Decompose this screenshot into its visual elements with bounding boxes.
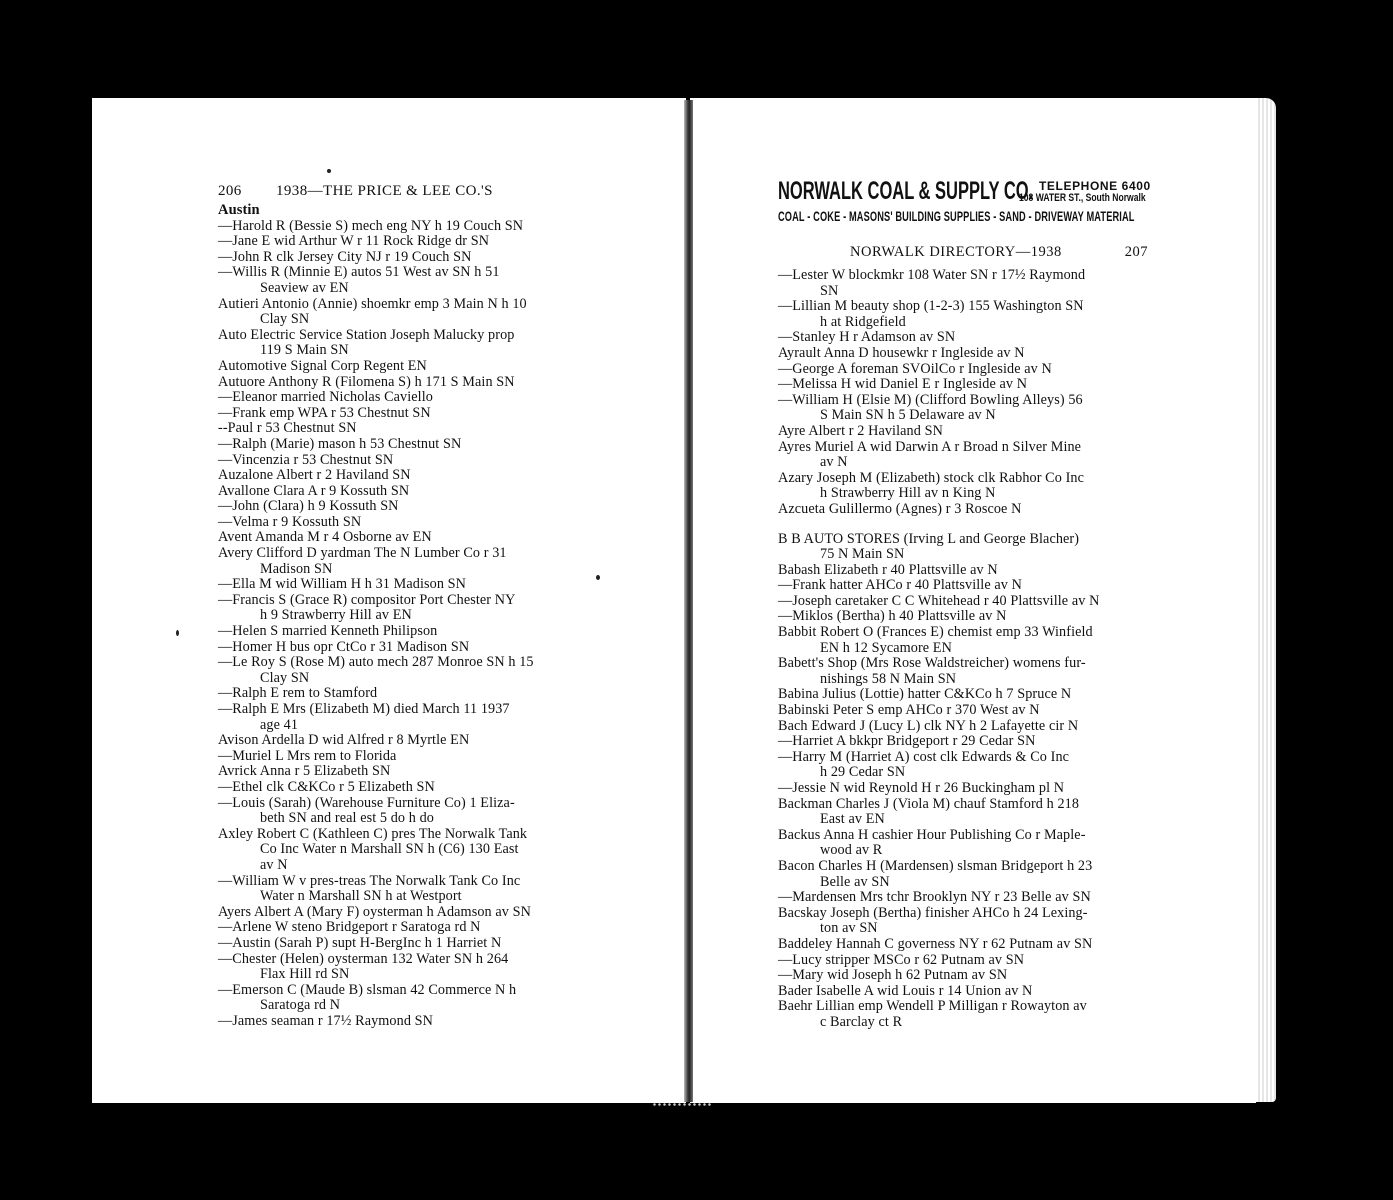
directory-entry: Avrick Anna r 5 Elizabeth SN <box>218 764 592 780</box>
entry-line: —Helen S married Kenneth Philipson <box>218 624 592 640</box>
directory-entry: Autuore Anthony R (Filomena S) h 171 S M… <box>218 375 592 391</box>
directory-entry: —Ethel clk C&KCo r 5 Elizabeth SN <box>218 780 592 796</box>
letter-section-gap <box>778 518 1148 532</box>
directory-entry: Ayre Albert r 2 Haviland SN <box>778 424 1148 440</box>
entry-line: —Willis R (Minnie E) autos 51 West av SN… <box>218 265 592 281</box>
directory-entry: Bacskay Joseph (Bertha) finisher AHCo h … <box>778 906 1148 937</box>
entry-line: —Ethel clk C&KCo r 5 Elizabeth SN <box>218 780 592 796</box>
directory-entry: —Austin (Sarah P) supt H-BergInc h 1 Har… <box>218 936 592 952</box>
entry-line: B B AUTO STORES (Irving L and George Bla… <box>778 532 1148 548</box>
directory-entry: Autieri Antonio (Annie) shoemkr emp 3 Ma… <box>218 297 592 328</box>
directory-entry: Ayres Muriel A wid Darwin A r Broad n Si… <box>778 440 1148 471</box>
entry-continuation-line: h at Ridgefield <box>778 315 1148 331</box>
entry-line: —Lillian M beauty shop (1-2-3) 155 Washi… <box>778 299 1148 315</box>
entry-continuation-line: av N <box>218 858 592 874</box>
entry-line: Ayres Muriel A wid Darwin A r Broad n Si… <box>778 440 1148 456</box>
running-head-title: NORWALK DIRECTORY—1938 <box>850 244 1062 261</box>
directory-entry: Azcueta Gulillermo (Agnes) r 3 Roscoe N <box>778 502 1148 518</box>
directory-entry: —Stanley H r Adamson av SN <box>778 330 1148 346</box>
section-heading: Austin <box>218 202 592 219</box>
entry-line: Avent Amanda M r 4 Osborne av EN <box>218 530 592 546</box>
entry-line: Bader Isabelle A wid Louis r 14 Union av… <box>778 984 1148 1000</box>
directory-entry: —Lillian M beauty shop (1-2-3) 155 Washi… <box>778 299 1148 330</box>
directory-entry: Bacon Charles H (Mardensen) slsman Bridg… <box>778 859 1148 890</box>
directory-entry: —Harold R (Bessie S) mech eng NY h 19 Co… <box>218 219 592 235</box>
directory-entry: —Frank emp WPA r 53 Chestnut SN <box>218 406 592 422</box>
entry-line: Avery Clifford D yardman The N Lumber Co… <box>218 546 592 562</box>
entry-line: Babett's Shop (Mrs Rose Waldstreicher) w… <box>778 656 1148 672</box>
directory-entry: —Joseph caretaker C C Whitehead r 40 Pla… <box>778 594 1148 610</box>
directory-entry: —Miklos (Bertha) h 40 Plattsville av N <box>778 609 1148 625</box>
entry-continuation-line: ton av SN <box>778 921 1148 937</box>
entry-line: —Arlene W steno Bridgeport r Saratoga rd… <box>218 920 592 936</box>
directory-entry: —Melissa H wid Daniel E r Ingleside av N <box>778 377 1148 393</box>
entry-line: —Francis S (Grace R) compositor Port Che… <box>218 593 592 609</box>
directory-entry: —Emerson C (Maude B) slsman 42 Commerce … <box>218 983 592 1014</box>
entry-continuation-line: EN h 12 Sycamore EN <box>778 641 1148 657</box>
directory-entry: Auto Electric Service Station Joseph Mal… <box>218 328 592 359</box>
directory-entry: Babina Julius (Lottie) hatter C&KCo h 7 … <box>778 687 1148 703</box>
directory-entry: —James seaman r 17½ Raymond SN <box>218 1014 592 1030</box>
entry-line: —James seaman r 17½ Raymond SN <box>218 1014 592 1030</box>
directory-entry: Bader Isabelle A wid Louis r 14 Union av… <box>778 984 1148 1000</box>
page-number: 206 <box>218 184 276 200</box>
entry-continuation-line: h 29 Cedar SN <box>778 765 1148 781</box>
directory-entry: Avent Amanda M r 4 Osborne av EN <box>218 530 592 546</box>
entry-line: Avrick Anna r 5 Elizabeth SN <box>218 764 592 780</box>
directory-entry: Backus Anna H cashier Hour Publishing Co… <box>778 828 1148 859</box>
directory-entry: Babash Elizabeth r 40 Plattsville av N <box>778 563 1148 579</box>
directory-entry: Ayrault Anna D housewkr r Ingleside av N <box>778 346 1148 362</box>
entry-continuation-line: Flax Hill rd SN <box>218 967 592 983</box>
entry-line: —Ralph E rem to Stamford <box>218 686 592 702</box>
directory-entry: Baddeley Hannah C governess NY r 62 Putn… <box>778 937 1148 953</box>
entry-line: —Ella M wid William H h 31 Madison SN <box>218 577 592 593</box>
entry-continuation-line: East av EN <box>778 812 1148 828</box>
directory-entry: Auzalone Albert r 2 Haviland SN <box>218 468 592 484</box>
page-number: 207 <box>1125 244 1148 261</box>
entry-line: —John R clk Jersey City NJ r 19 Couch SN <box>218 250 592 266</box>
entry-line: --Paul r 53 Chestnut SN <box>218 421 592 437</box>
entry-line: —Lester W blockmkr 108 Water SN r 17½ Ra… <box>778 268 1148 284</box>
entry-line: —Louis (Sarah) (Warehouse Furniture Co) … <box>218 796 592 812</box>
entry-line: Ayre Albert r 2 Haviland SN <box>778 424 1148 440</box>
ad-contact: TELEPHONE 6400 108 WATER ST., South Norw… <box>1019 180 1181 204</box>
entry-continuation-line: c Barclay ct R <box>778 1015 1148 1031</box>
entry-continuation-line: av N <box>778 455 1148 471</box>
entry-line: Automotive Signal Corp Regent EN <box>218 359 592 375</box>
entry-line: Ayrault Anna D housewkr r Ingleside av N <box>778 346 1148 362</box>
entry-line: —William H (Elsie M) (Clifford Bowling A… <box>778 393 1148 409</box>
entry-line: Avallone Clara A r 9 Kossuth SN <box>218 484 592 500</box>
directory-entry: —Helen S married Kenneth Philipson <box>218 624 592 640</box>
directory-entry: —John (Clara) h 9 Kossuth SN <box>218 499 592 515</box>
entry-continuation-line: SN <box>778 284 1148 300</box>
directory-entry: Bach Edward J (Lucy L) clk NY h 2 Lafaye… <box>778 719 1148 735</box>
binding-stitching <box>652 1102 712 1107</box>
left-running-head: 206 1938—THE PRICE & LEE CO.'S <box>218 184 518 200</box>
directory-entry: —Harry M (Harriet A) cost clk Edwards & … <box>778 750 1148 781</box>
speck <box>327 169 331 173</box>
entry-line: —Frank emp WPA r 53 Chestnut SN <box>218 406 592 422</box>
directory-entry: —Eleanor married Nicholas Caviello <box>218 390 592 406</box>
entry-continuation-line: S Main SN h 5 Delaware av N <box>778 408 1148 424</box>
directory-entry: Avallone Clara A r 9 Kossuth SN <box>218 484 592 500</box>
directory-entry: Baehr Lillian emp Wendell P Milligan r R… <box>778 999 1148 1030</box>
speck <box>176 630 179 636</box>
directory-entries: —Harold R (Bessie S) mech eng NY h 19 Co… <box>218 219 592 1030</box>
entry-continuation-line: h 9 Strawberry Hill av EN <box>218 608 592 624</box>
directory-entry: —Muriel L Mrs rem to Florida <box>218 749 592 765</box>
directory-entry: —George A foreman SVOilCo r Ingleside av… <box>778 362 1148 378</box>
directory-entry: Ayers Albert A (Mary F) oysterman h Adam… <box>218 905 592 921</box>
entry-continuation-line: h Strawberry Hill av n King N <box>778 486 1148 502</box>
directory-entry: Babett's Shop (Mrs Rose Waldstreicher) w… <box>778 656 1148 687</box>
entry-line: —Emerson C (Maude B) slsman 42 Commerce … <box>218 983 592 999</box>
entry-line: —Austin (Sarah P) supt H-BergInc h 1 Har… <box>218 936 592 952</box>
entry-line: Babinski Peter S emp AHCo r 370 West av … <box>778 703 1148 719</box>
ad-company-name: NORWALK COAL & SUPPLY CO. <box>778 178 940 204</box>
directory-entry: —Ralph (Marie) mason h 53 Chestnut SN <box>218 437 592 453</box>
entry-line: Bacskay Joseph (Bertha) finisher AHCo h … <box>778 906 1148 922</box>
entry-line: —Harriet A bkkpr Bridgeport r 29 Cedar S… <box>778 734 1148 750</box>
entry-continuation-line: Saratoga rd N <box>218 998 592 1014</box>
left-page-column: 206 1938—THE PRICE & LEE CO.'S Austin —H… <box>218 184 592 1029</box>
entry-line: —Ralph E Mrs (Elizabeth M) died March 11… <box>218 702 592 718</box>
directory-entries: B B AUTO STORES (Irving L and George Bla… <box>778 532 1148 1031</box>
entry-line: —Stanley H r Adamson av SN <box>778 330 1148 346</box>
entry-line: Baehr Lillian emp Wendell P Milligan r R… <box>778 999 1148 1015</box>
entry-line: —Harry M (Harriet A) cost clk Edwards & … <box>778 750 1148 766</box>
entry-line: —George A foreman SVOilCo r Ingleside av… <box>778 362 1148 378</box>
entry-line: —Jessie N wid Reynold H r 26 Buckingham … <box>778 781 1148 797</box>
directory-entry: —John R clk Jersey City NJ r 19 Couch SN <box>218 250 592 266</box>
directory-entry: —Mary wid Joseph h 62 Putnam av SN <box>778 968 1148 984</box>
entry-line: Ayers Albert A (Mary F) oysterman h Adam… <box>218 905 592 921</box>
directory-entry: —Harriet A bkkpr Bridgeport r 29 Cedar S… <box>778 734 1148 750</box>
entry-line: Auto Electric Service Station Joseph Mal… <box>218 328 592 344</box>
directory-entry: Backman Charles J (Viola M) chauf Stamfo… <box>778 797 1148 828</box>
entry-line: —Frank hatter AHCo r 40 Plattsville av N <box>778 578 1148 594</box>
directory-entry: --Paul r 53 Chestnut SN <box>218 421 592 437</box>
directory-entry: Babinski Peter S emp AHCo r 370 West av … <box>778 703 1148 719</box>
entry-line: —Mary wid Joseph h 62 Putnam av SN <box>778 968 1148 984</box>
entry-line: —Le Roy S (Rose M) auto mech 287 Monroe … <box>218 655 592 671</box>
directory-entry: —Ralph E rem to Stamford <box>218 686 592 702</box>
entry-line: Bach Edward J (Lucy L) clk NY h 2 Lafaye… <box>778 719 1148 735</box>
entry-continuation-line: age 41 <box>218 718 592 734</box>
entry-continuation-line: wood av R <box>778 843 1148 859</box>
entry-line: Baddeley Hannah C governess NY r 62 Putn… <box>778 937 1148 953</box>
entry-line: —William W v pres-treas The Norwalk Tank… <box>218 874 592 890</box>
entry-line: Auzalone Albert r 2 Haviland SN <box>218 468 592 484</box>
entry-line: Bacon Charles H (Mardensen) slsman Bridg… <box>778 859 1148 875</box>
entry-continuation-line: Clay SN <box>218 671 592 687</box>
directory-entry: —Ella M wid William H h 31 Madison SN <box>218 577 592 593</box>
directory-entry: Automotive Signal Corp Regent EN <box>218 359 592 375</box>
directory-entry: —Francis S (Grace R) compositor Port Che… <box>218 593 592 624</box>
ad-telephone: TELEPHONE 6400 <box>1019 180 1181 192</box>
entry-line: Backman Charles J (Viola M) chauf Stamfo… <box>778 797 1148 813</box>
directory-entries: —Lester W blockmkr 108 Water SN r 17½ Ra… <box>778 268 1148 518</box>
entry-continuation-line: Belle av SN <box>778 875 1148 891</box>
directory-entry: —William W v pres-treas The Norwalk Tank… <box>218 874 592 905</box>
entry-line: —Harold R (Bessie S) mech eng NY h 19 Co… <box>218 219 592 235</box>
speck <box>596 575 600 580</box>
right-page-column: —Lester W blockmkr 108 Water SN r 17½ Ra… <box>778 268 1148 1031</box>
ad-tagline: COAL - COKE - MASONS' BUILDING SUPPLIES … <box>778 208 1024 224</box>
entry-continuation-line: Co Inc Water n Marshall SN h (C6) 130 Ea… <box>218 842 592 858</box>
directory-entry: Avery Clifford D yardman The N Lumber Co… <box>218 546 592 577</box>
entry-line: —Eleanor married Nicholas Caviello <box>218 390 592 406</box>
entry-continuation-line: 75 N Main SN <box>778 547 1148 563</box>
directory-entry: Avison Ardella D wid Alfred r 8 Myrtle E… <box>218 733 592 749</box>
directory-entry: —Homer H bus opr CtCo r 31 Madison SN <box>218 640 592 656</box>
right-running-head: NORWALK DIRECTORY—1938 207 <box>850 244 1148 261</box>
entry-continuation-line: Madison SN <box>218 562 592 578</box>
entry-line: —Ralph (Marie) mason h 53 Chestnut SN <box>218 437 592 453</box>
directory-entry: —Le Roy S (Rose M) auto mech 287 Monroe … <box>218 655 592 686</box>
entry-line: Autuore Anthony R (Filomena S) h 171 S M… <box>218 375 592 391</box>
entry-line: Axley Robert C (Kathleen C) pres The Nor… <box>218 827 592 843</box>
entry-continuation-line: 119 S Main SN <box>218 343 592 359</box>
entry-line: —Jane E wid Arthur W r 11 Rock Ridge dr … <box>218 234 592 250</box>
book-spine <box>684 100 693 1102</box>
running-head-title: 1938—THE PRICE & LEE CO.'S <box>276 184 518 200</box>
entry-line: Babina Julius (Lottie) hatter C&KCo h 7 … <box>778 687 1148 703</box>
entry-line: Autieri Antonio (Annie) shoemkr emp 3 Ma… <box>218 297 592 313</box>
directory-entry: B B AUTO STORES (Irving L and George Bla… <box>778 532 1148 563</box>
entry-line: —Chester (Helen) oysterman 132 Water SN … <box>218 952 592 968</box>
directory-entry: —Arlene W steno Bridgeport r Saratoga rd… <box>218 920 592 936</box>
directory-entry: Babbit Robert O (Frances E) chemist emp … <box>778 625 1148 656</box>
entry-line: —Joseph caretaker C C Whitehead r 40 Pla… <box>778 594 1148 610</box>
directory-entry: —Lester W blockmkr 108 Water SN r 17½ Ra… <box>778 268 1148 299</box>
directory-entry: —Vincenzia r 53 Chestnut SN <box>218 453 592 469</box>
directory-entry: —Chester (Helen) oysterman 132 Water SN … <box>218 952 592 983</box>
directory-entry: —Lucy stripper MSCo r 62 Putnam av SN <box>778 953 1148 969</box>
directory-entry: —Jessie N wid Reynold H r 26 Buckingham … <box>778 781 1148 797</box>
entry-continuation-line: Clay SN <box>218 312 592 328</box>
entry-line: —Homer H bus opr CtCo r 31 Madison SN <box>218 640 592 656</box>
directory-entry: —Louis (Sarah) (Warehouse Furniture Co) … <box>218 796 592 827</box>
entry-continuation-line: Seaview av EN <box>218 281 592 297</box>
directory-entry: —Willis R (Minnie E) autos 51 West av SN… <box>218 265 592 296</box>
entry-line: —Muriel L Mrs rem to Florida <box>218 749 592 765</box>
entry-line: Babash Elizabeth r 40 Plattsville av N <box>778 563 1148 579</box>
directory-entry: —William H (Elsie M) (Clifford Bowling A… <box>778 393 1148 424</box>
entry-line: Avison Ardella D wid Alfred r 8 Myrtle E… <box>218 733 592 749</box>
directory-entry: —Jane E wid Arthur W r 11 Rock Ridge dr … <box>218 234 592 250</box>
entry-line: —Vincenzia r 53 Chestnut SN <box>218 453 592 469</box>
entry-continuation-line: beth SN and real est 5 do h do <box>218 811 592 827</box>
advertisement-banner: NORWALK COAL & SUPPLY CO. TELEPHONE 6400… <box>778 178 1150 224</box>
ad-address: 108 WATER ST., South Norwalk <box>1019 192 1146 204</box>
entry-line: —John (Clara) h 9 Kossuth SN <box>218 499 592 515</box>
entry-line: —Miklos (Bertha) h 40 Plattsville av N <box>778 609 1148 625</box>
entry-line: —Velma r 9 Kossuth SN <box>218 515 592 531</box>
entry-line: Babbit Robert O (Frances E) chemist emp … <box>778 625 1148 641</box>
directory-entry: —Frank hatter AHCo r 40 Plattsville av N <box>778 578 1148 594</box>
directory-entry: —Mardensen Mrs tchr Brooklyn NY r 23 Bel… <box>778 890 1148 906</box>
entry-line: Azary Joseph M (Elizabeth) stock clk Rab… <box>778 471 1148 487</box>
entry-line: —Lucy stripper MSCo r 62 Putnam av SN <box>778 953 1148 969</box>
page-edge-stack <box>1256 98 1276 1102</box>
directory-entry: —Velma r 9 Kossuth SN <box>218 515 592 531</box>
directory-entry: Azary Joseph M (Elizabeth) stock clk Rab… <box>778 471 1148 502</box>
entry-line: Azcueta Gulillermo (Agnes) r 3 Roscoe N <box>778 502 1148 518</box>
entry-line: —Melissa H wid Daniel E r Ingleside av N <box>778 377 1148 393</box>
entry-line: —Mardensen Mrs tchr Brooklyn NY r 23 Bel… <box>778 890 1148 906</box>
entry-continuation-line: Water n Marshall SN h at Westport <box>218 889 592 905</box>
directory-entry: Axley Robert C (Kathleen C) pres The Nor… <box>218 827 592 874</box>
directory-entry: —Ralph E Mrs (Elizabeth M) died March 11… <box>218 702 592 733</box>
entry-continuation-line: nishings 58 N Main SN <box>778 672 1148 688</box>
entry-line: Backus Anna H cashier Hour Publishing Co… <box>778 828 1148 844</box>
